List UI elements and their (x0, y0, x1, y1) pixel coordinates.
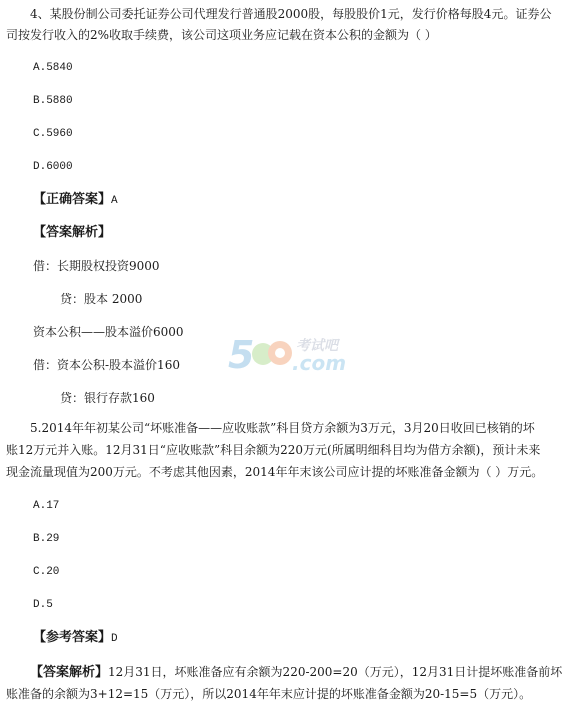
q5-stem-line-3: 现金流量现值为200万元。不考虑其他因素，2014年年末该公司应计提的坏账准备金… (6, 462, 543, 482)
journal-entry-credit-1: 贷：股本 2000 (60, 289, 142, 309)
q4-correct-answer: 【正确答案】A (33, 190, 118, 211)
q4-stem-line-1: 4、某股份制公司委托证券公司代理发行普通股2000股，每股股价1元，发行价格每股… (30, 4, 551, 24)
q5-analysis-text-1: 12月31日，坏账准备应有余额为220-200=20（万元），12月31日计提坏… (108, 665, 562, 679)
journal-entry-debit-1: 借：长期股权投资9000 (33, 256, 160, 276)
correct-answer-label: 【正确答案】 (33, 192, 111, 207)
q5-option-c: C.20 (33, 562, 59, 582)
q5-option-b: B.29 (33, 529, 59, 549)
q4-analysis-heading: 【答案解析】 (33, 223, 111, 243)
watermark-domain: .com (292, 351, 346, 375)
reference-answer-value: D (111, 633, 118, 645)
q5-stem-line-2: 账12万元并入账。12月31日“应收账款”科目余额为220万元(所属明细科目均为… (6, 440, 540, 460)
q4-option-d: D.6000 (33, 157, 73, 177)
q4-option-b: B.5880 (33, 91, 73, 111)
q5-reference-answer: 【参考答案】D (33, 628, 118, 649)
q4-stem-line-2: 司按发行收入的2%收取手续费，该公司这项业务应记载在资本公积的金额为（ ） (6, 25, 437, 45)
q5-analysis-label: 【答案解析】 (30, 665, 108, 680)
q5-option-a: A.17 (33, 496, 59, 516)
watermark-orange-circle-icon (268, 341, 292, 365)
q5-option-d: D.5 (33, 595, 53, 615)
q5-analysis-line-2: 账准备的余额为3+12=15（万元），所以2014年年末应计提的坏账准备金额为2… (6, 684, 531, 704)
q4-option-c: C.5960 (33, 124, 73, 144)
reference-answer-label: 【参考答案】 (33, 630, 111, 645)
correct-answer-value: A (111, 195, 118, 207)
journal-entry-credit-2: 资本公积——股本溢价6000 (33, 322, 184, 342)
journal-entry-debit-2: 借：资本公积-股本溢价160 (33, 355, 180, 375)
q5-analysis-line-1: 【答案解析】12月31日，坏账准备应有余额为220-200=20（万元），12月… (30, 662, 562, 683)
watermark-digit: 5 (228, 333, 254, 377)
journal-entry-credit-3: 贷：银行存款160 (60, 388, 155, 408)
q4-option-a: A.5840 (33, 58, 73, 78)
analysis-label: 【答案解析】 (33, 225, 111, 240)
q5-stem-line-1: 5.2014年年初某公司“坏账准备——应收账款”科目贷方余额为3万元，3月20日… (30, 418, 535, 438)
watermark-logo: 5 考试吧 .com (226, 333, 356, 377)
